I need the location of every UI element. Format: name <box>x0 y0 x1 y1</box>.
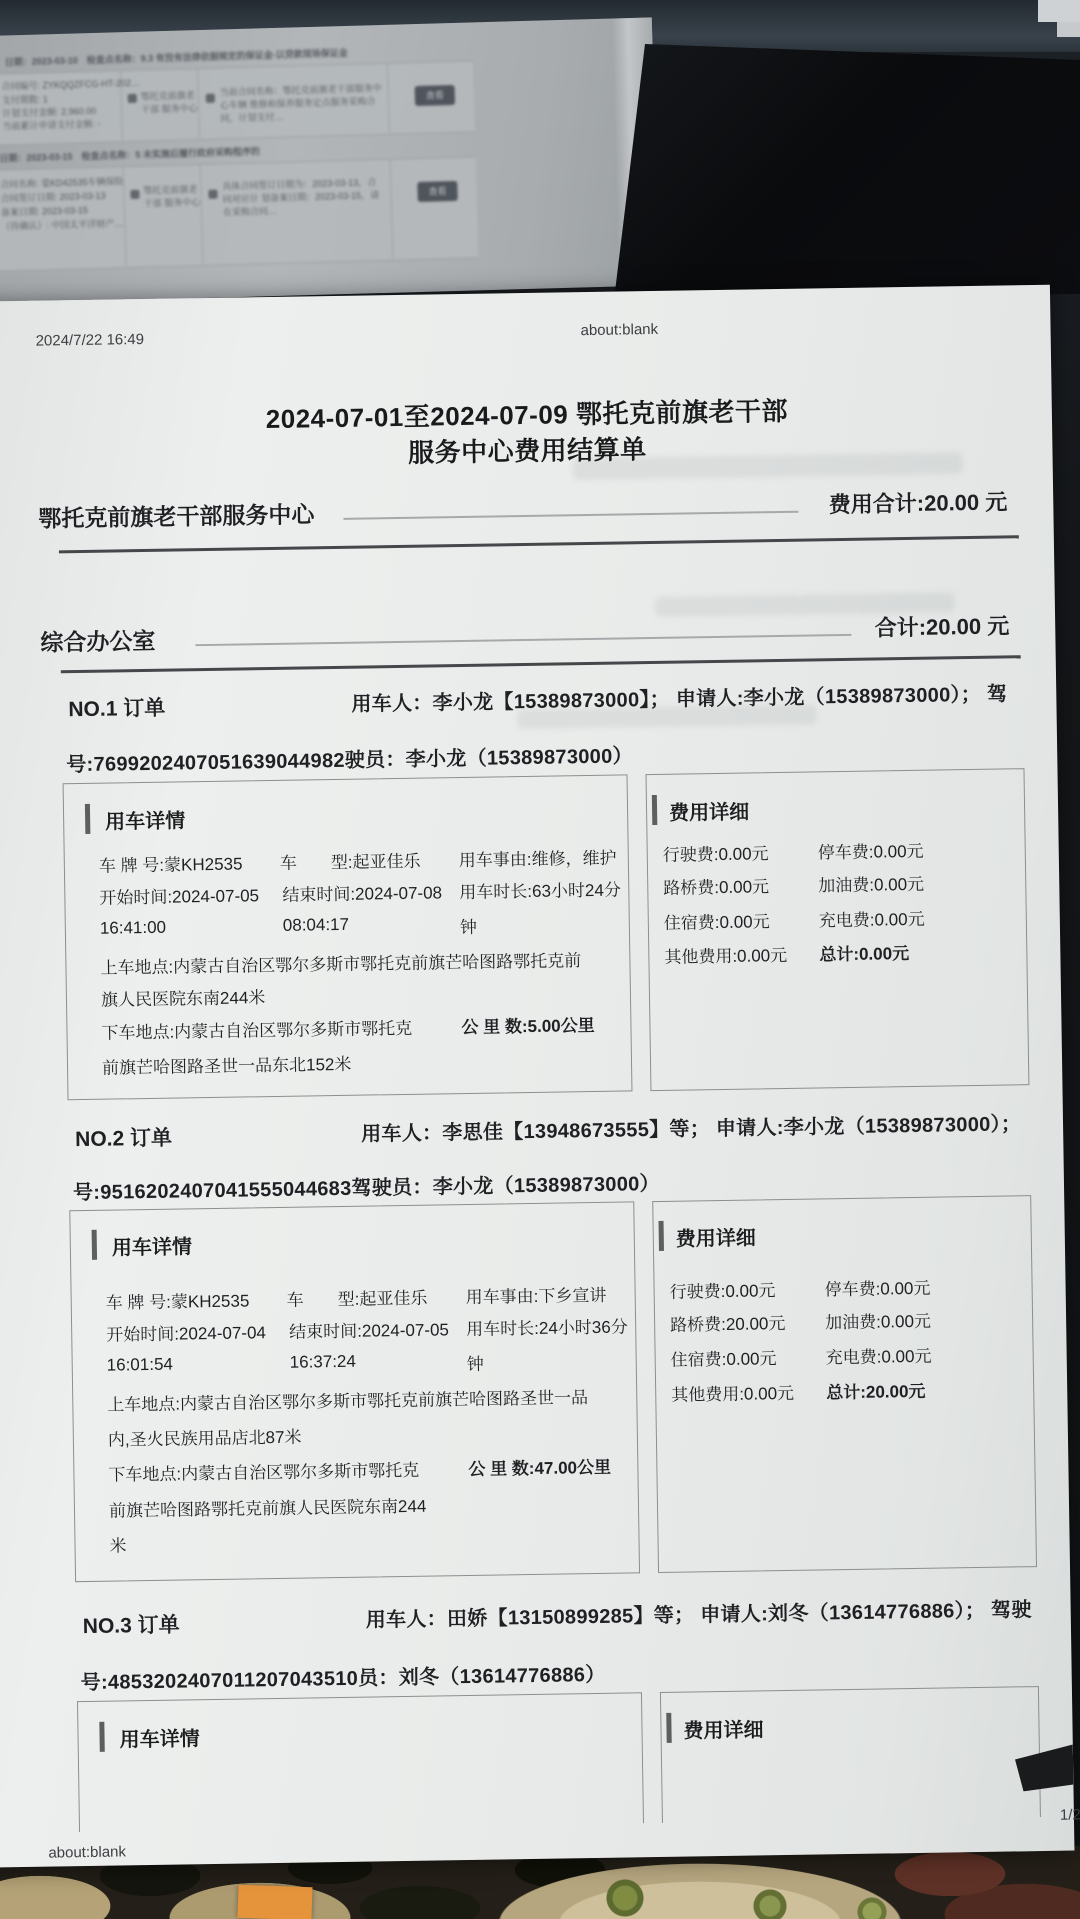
order1-pickup1: 上车地点:内蒙古自治区鄂尔多斯市鄂托克前旗芒哈图路鄂托克前 <box>100 946 581 979</box>
order2-dropoff2: 前旗芒哈图路鄂托克前旗人民医院东南244 <box>109 1492 427 1522</box>
bg-doc-row2-header: 日期：2023-03-15 检查点名称：5 未实施后履行政府采购程序的 <box>0 144 260 164</box>
order2-number: NO.2 订单 <box>75 1122 172 1154</box>
order2-model: 车 <box>286 1286 303 1311</box>
fee-charging: 充电费:0.00元 <box>819 905 925 932</box>
fee-charging: 充电费:0.00元 <box>825 1342 931 1369</box>
fee-total: 总计:0.00元 <box>819 939 909 965</box>
fee-other: 其他费用:0.00元 <box>664 941 787 968</box>
bg-card1-field: 支付期数: 1 <box>2 92 48 106</box>
order2-detail-title: 用车详情 <box>112 1230 192 1260</box>
order1-dropoff1: 下车地点:内蒙古自治区鄂尔多斯市鄂托克 <box>101 1014 412 1044</box>
order2-duration: 用车时长:24小时36分 <box>466 1312 628 1340</box>
order1-detail-box: 用车详情 车 牌 号:蒙KH2535 车 型:起亚佳乐 用车事由:维修，维护 开… <box>63 774 633 1100</box>
bg-card1-desc: 当前合同名称：鄂托克前旗老干部服务中心车辆 维修和保养服务定点服务采购合同，计划… <box>219 81 382 125</box>
order2-pickup2: 内,圣火民族用品店北87米 <box>108 1423 302 1451</box>
document-icon <box>208 190 217 199</box>
bg-card2-org: 鄂托克前旗老干部 服务中心 <box>143 182 202 210</box>
photo-of-printed-document: 日期：2023-03-10 检查点名称：9.3 有没有法律依据规定的保证金-以贷… <box>0 0 1080 1919</box>
fee-lodging: 住宿费:0.00元 <box>664 907 770 934</box>
background-object <box>1057 22 1080 37</box>
order2-km: 公 里 数:47.00公里 <box>468 1453 611 1480</box>
background-object <box>1038 0 1080 22</box>
org-name: 鄂托克前旗老干部服务中心 <box>38 496 314 533</box>
order1-dropoff2: 前旗芒哈图路圣世一品东北152米 <box>102 1050 352 1079</box>
order2-fee-title: 费用详细 <box>676 1221 756 1251</box>
printed-settlement-sheet: 2024/7/22 16:49 about:blank 2024-07-01至2… <box>0 285 1074 1868</box>
background-screen-document: 日期：2023-03-10 检查点名称：9.3 有没有法律依据规定的保证金-以贷… <box>0 17 659 303</box>
fee-toll: 路桥费:0.00元 <box>663 872 769 899</box>
fee-parking: 停车费:0.00元 <box>818 837 924 864</box>
order2-reason: 用车事由:下乡宣讲 <box>465 1281 606 1308</box>
order2-plate: 车 牌 号:蒙KH2535 <box>106 1286 250 1313</box>
order1-km: 公 里 数:5.00公里 <box>461 1011 595 1038</box>
fee-driving: 行驶费:0.00元 <box>663 839 769 866</box>
checkbox-icon <box>128 94 137 103</box>
fee-lodging: 住宿费:0.00元 <box>670 1344 776 1371</box>
checkbox-icon <box>130 190 139 199</box>
order3-number: NO.3 订单 <box>83 1609 180 1641</box>
order1-model: 车 <box>280 849 297 874</box>
order2-pickup1: 上车地点:内蒙古自治区鄂尔多斯市鄂托克前旗芒哈图路圣世一品 <box>107 1383 588 1416</box>
order3-fee-box: 费用详细 <box>660 1686 1041 1823</box>
order1-reason: 用车事由:维修，维护 <box>459 844 617 871</box>
document-icon <box>206 94 215 103</box>
department-name: 综合办公室 <box>40 623 156 658</box>
fee-driving: 行驶费:0.00元 <box>669 1276 775 1303</box>
order2-header-line2: 号:9516202407041555044683驾驶员：李小龙（15389873… <box>73 1167 660 1205</box>
bg-card2-field: 备案日期: 2023-03-15 <box>1 203 88 218</box>
sticky-note <box>237 1885 312 1919</box>
department-total: 合计:20.00 元 <box>874 609 1009 642</box>
order2-start-time: 16:01:54 <box>107 1355 173 1376</box>
order1-fee-box: 费用详细 行驶费:0.00元 停车费:0.00元 路桥费:0.00元 加油费:0… <box>646 768 1030 1091</box>
order3-header-line1: 用车人：田娇【13150899285】等； 申请人:刘冬（13614776886… <box>365 1593 1031 1632</box>
fee-fuel: 加油费:0.00元 <box>818 870 924 897</box>
order1-model-value: 型:起亚佳乐 <box>331 847 421 873</box>
org-total: 费用合计:20.00 元 <box>829 485 1008 519</box>
order2-end: 结束时间:2024-07-05 <box>289 1315 449 1343</box>
order2-header-line1: 用车人：李思佳【13948673555】等； 申请人:李小龙（153898730… <box>361 1107 1021 1146</box>
order1-detail-title: 用车详情 <box>105 804 185 834</box>
order2-fee-box: 费用详细 行驶费:0.00元 停车费:0.00元 路桥费:20.00元 加油费:… <box>652 1195 1037 1573</box>
order3-detail-box: 用车详情 <box>77 1692 644 1832</box>
fee-other: 其他费用:0.00元 <box>671 1379 794 1406</box>
order1-end-time: 08:04:17 <box>283 915 349 936</box>
order3-detail-title: 用车详情 <box>119 1722 199 1752</box>
order2-duration2: 钟 <box>467 1350 484 1375</box>
view-button: 查看 <box>415 85 456 106</box>
order3-header-line2: 号:4853202407011207043510员：刘冬（13614776886… <box>80 1658 605 1695</box>
dark-screen-region <box>600 40 1080 302</box>
view-button: 查看 <box>417 181 458 202</box>
order2-model-value: 型:起亚佳乐 <box>337 1284 427 1310</box>
order1-duration: 用车时长:63小时24分 <box>459 876 621 904</box>
order2-detail-box: 用车详情 车 牌 号:蒙KH2535 车 型:起亚佳乐 用车事由:下乡宣讲 开始… <box>69 1201 640 1582</box>
fee-toll: 路桥费:20.00元 <box>670 1309 786 1336</box>
order1-header-line1: 用车人：李小龙【15389873000】； 申请人:李小龙（1538987300… <box>351 677 1007 716</box>
bg-card2-desc: 具体合同签订日期为：2023-03-13，合同对应计 划备案日期：2023-03… <box>222 175 385 219</box>
fee-parking: 停车费:0.00元 <box>824 1274 930 1301</box>
order2-dropoff1: 下车地点:内蒙古自治区鄂尔多斯市鄂托克 <box>108 1456 419 1486</box>
print-header-url: about:blank <box>580 321 658 339</box>
order1-pickup2: 旗人民医院东南244米 <box>101 983 266 1011</box>
fee-fuel: 加油费:0.00元 <box>825 1307 931 1334</box>
order1-fee-title: 费用详细 <box>669 796 749 826</box>
order3-fee-title: 费用详细 <box>683 1713 763 1743</box>
bg-card1-field: 当前累计申请支付金额: - <box>2 117 100 133</box>
print-footer-url: about:blank <box>48 1843 126 1861</box>
order1-duration2: 钟 <box>460 913 477 938</box>
order1-start: 开始时间:2024-07-05 <box>99 881 259 909</box>
page-number: 1/2 <box>1060 1806 1080 1823</box>
order1-start-time: 16:41:00 <box>100 918 166 939</box>
order1-end: 结束时间:2024-07-08 <box>282 878 442 906</box>
order2-end-time: 16:37:24 <box>290 1352 356 1373</box>
order1-plate: 车 牌 号:蒙KH2535 <box>99 849 243 876</box>
print-timestamp: 2024/7/22 16:49 <box>35 331 144 350</box>
bg-card1-org: 鄂托克前旗老干部 服务中心 <box>141 88 200 116</box>
order1-header-line2: 号:7699202407051639044982驶员：李小龙（153898730… <box>66 739 633 777</box>
order2-start: 开始时间:2024-07-04 <box>106 1318 266 1346</box>
order2-dropoff3: 米 <box>109 1531 126 1556</box>
order1-number: NO.1 订单 <box>68 692 165 724</box>
fee-total: 总计:20.00元 <box>826 1377 926 1404</box>
page-title: 2024-07-01至2024-07-09 鄂托克前旗老干部 服务中心费用结算单 <box>37 389 1018 476</box>
